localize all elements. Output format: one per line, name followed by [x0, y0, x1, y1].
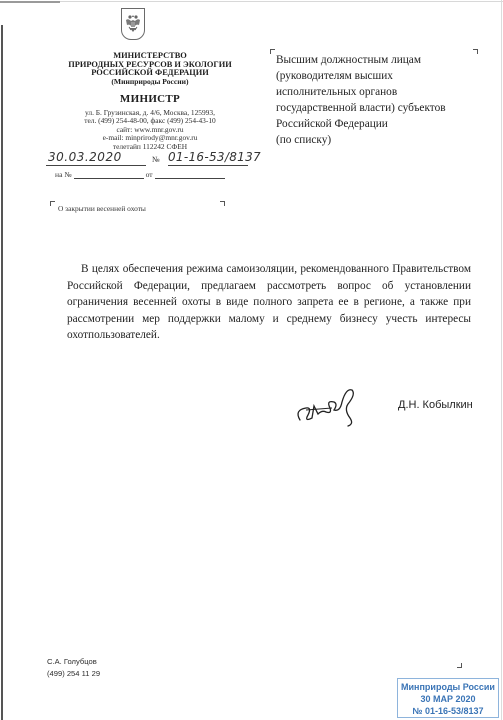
addressee-line: (руководителям высших [276, 68, 496, 84]
executor-block: С.А. Голубцов (499) 254 11 29 [47, 656, 100, 680]
page-edge-right [501, 0, 502, 720]
stamp-date: 30 МАР 2020 [398, 693, 498, 705]
registration-date: 30.03.2020 [46, 150, 146, 166]
addressee-bracket-left [270, 49, 275, 54]
coat-of-arms-icon [121, 8, 145, 40]
page-edge-top [0, 1, 60, 3]
executor-phone: (499) 254 11 29 [47, 668, 100, 680]
page-edge-top-light [60, 1, 503, 2]
stamp-corner-mark [457, 663, 462, 668]
letter-subject: О закрытии весенней охоты [58, 204, 146, 213]
addressee-line: государственной власти) субъектов [276, 100, 496, 116]
signer-name: Д.Н. Кобылкин [398, 399, 473, 411]
letter-body: В целях обеспечения режима самоизоляции,… [67, 261, 471, 344]
contact-block: ул. Б. Грузинская, д. 4/6, Москва, 12599… [50, 109, 250, 151]
addressee-line: исполнительных органов [276, 84, 496, 100]
reply-date-blank [155, 171, 225, 179]
reply-reference-line: на № от [55, 170, 225, 179]
body-paragraph: В целях обеспечения режима самоизоляции,… [67, 261, 471, 344]
addressee-block: Высшим должностным лицам (руководителям … [276, 52, 496, 148]
reply-from-label: от [146, 170, 153, 179]
registration-number: 01-16-53/8137 [168, 150, 248, 166]
subject-bracket-right [220, 201, 225, 206]
addressee-line: Высшим должностным лицам [276, 52, 496, 68]
stamp-org: Минприроды России [398, 681, 498, 693]
handwritten-signature-icon [292, 380, 372, 430]
ministry-short-name: (Минприроды России) [50, 78, 250, 87]
double-headed-eagle-icon [124, 13, 142, 35]
reply-number-label: на № [55, 170, 72, 179]
subject-bracket-left [50, 201, 55, 206]
addressee-line: Российской Федерации [276, 116, 496, 132]
reply-number-blank [74, 171, 144, 179]
registration-stamp: Минприроды России 30 МАР 2020 № 01-16-53… [397, 678, 499, 718]
addressee-line: (по списку) [276, 132, 496, 148]
executor-name: С.А. Голубцов [47, 656, 100, 668]
registration-number-label: № [152, 150, 166, 166]
page-edge-left [1, 25, 3, 720]
ministry-name: МИНИСТЕРСТВО ПРИРОДНЫХ РЕСУРСОВ И ЭКОЛОГ… [50, 52, 250, 86]
stamp-number: № 01-16-53/8137 [398, 705, 498, 717]
position-title: МИНИСТР [50, 93, 250, 105]
